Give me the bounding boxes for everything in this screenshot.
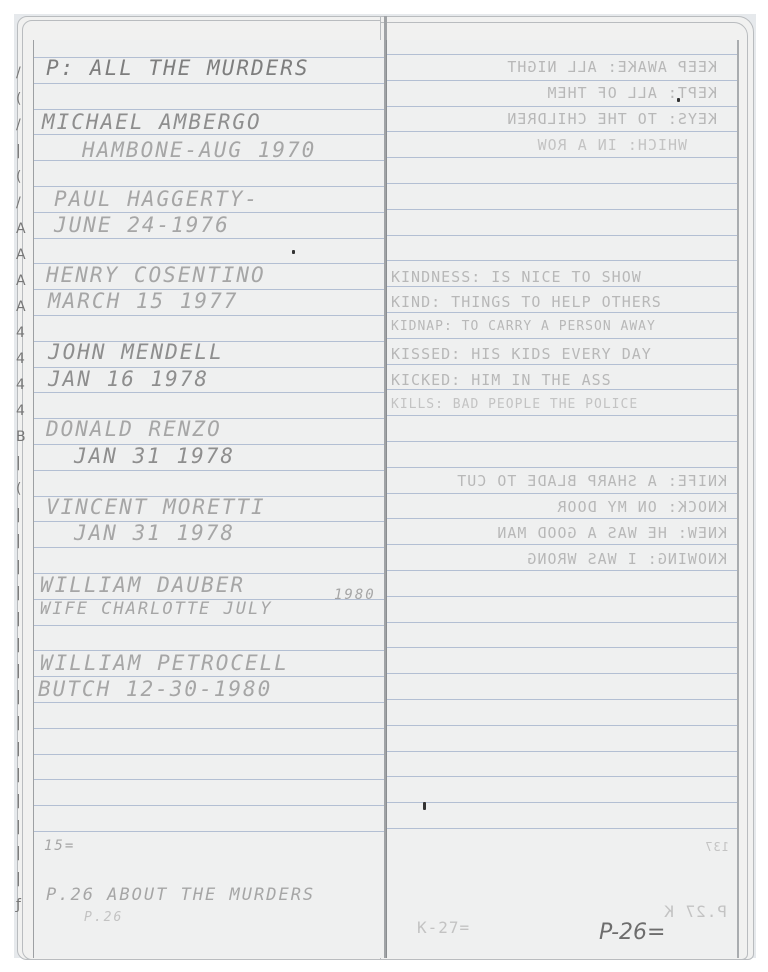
ruled-line xyxy=(387,647,737,648)
entry-name: PAUL HAGGERTY- xyxy=(54,187,259,211)
ruled-line xyxy=(387,802,737,803)
ruled-line xyxy=(387,389,737,390)
bleed-line: KNOWING: I WAS WRONG xyxy=(417,550,727,568)
ruled-line xyxy=(387,415,737,416)
bottom-mark: 15= xyxy=(44,838,75,854)
ruled-line xyxy=(34,547,385,548)
left-margin-marks: /(/|(/AAAA4444B|(|||||||||||||||ƒ xyxy=(16,60,30,910)
entry-name: HENRY COSENTINO xyxy=(46,263,266,287)
vocab-line: KINDNESS: IS NICE TO SHOW xyxy=(391,268,642,286)
vocab-line: KICKED: HIM IN THE ASS xyxy=(391,371,612,389)
ruled-line xyxy=(387,570,737,571)
pencil-dot xyxy=(292,250,295,254)
bleed-line: WHICH: IN A ROW xyxy=(447,136,687,154)
entry-detail: JUNE 24-1976 xyxy=(54,213,230,237)
ruled-line xyxy=(387,312,737,313)
ruled-line xyxy=(387,209,737,210)
bottom-right-bleed: P.27 K xyxy=(657,902,727,921)
ruled-line xyxy=(387,467,737,468)
ruled-line xyxy=(387,622,737,623)
entry-detail: WIFE CHARLOTTE JULY xyxy=(40,599,272,619)
ruled-line xyxy=(387,183,737,184)
ruled-line xyxy=(387,725,737,726)
entry-name: WILLIAM PETROCELL xyxy=(40,651,289,675)
ruled-line xyxy=(387,699,737,700)
ruled-line xyxy=(387,338,737,339)
bleed-line: KEEP AWAKE: ALL NIGHT xyxy=(427,58,717,76)
bleed-line: KNIFE: A SHARP BLADE TO CUT xyxy=(417,472,727,490)
ruled-line xyxy=(387,157,737,158)
ruled-line xyxy=(387,776,737,777)
ruled-line xyxy=(34,134,385,135)
entry-name: MICHAEL AMBERGO xyxy=(42,110,262,134)
ruled-line xyxy=(34,83,385,84)
ruled-line xyxy=(387,544,737,545)
page-title: P: ALL THE MURDERS xyxy=(46,56,310,80)
ruled-line xyxy=(34,779,385,780)
ruled-line xyxy=(387,106,737,107)
ruled-line xyxy=(34,625,385,626)
ruled-line xyxy=(387,751,737,752)
ruled-line xyxy=(387,80,737,81)
vocab-line: KIND: THINGS TO HELP OTHERS xyxy=(391,293,662,311)
ruled-line xyxy=(34,470,385,471)
ruled-line xyxy=(34,392,385,393)
ruled-line xyxy=(34,702,385,703)
right-page: KEEP AWAKE: ALL NIGHT KEPT: ALL OF THEM … xyxy=(386,40,739,958)
ruled-line xyxy=(387,260,737,261)
entry-detail: JAN 16 1978 xyxy=(48,367,209,391)
bottom-left-mark: K-27= xyxy=(417,918,470,937)
ruled-line xyxy=(387,596,737,597)
ruled-line xyxy=(34,831,385,832)
entry-name: VINCENT MORETTI xyxy=(46,495,266,519)
entry-detail: JAN 31 1978 xyxy=(74,521,235,545)
corner-mark: 137 xyxy=(699,840,729,854)
ruled-line xyxy=(387,673,737,674)
entry-name: WILLIAM DAUBER xyxy=(40,573,245,597)
ruled-line xyxy=(34,728,385,729)
entry-detail: HAMBONE-AUG 1970 xyxy=(82,138,316,162)
ruled-line xyxy=(34,805,385,806)
entry-detail: MARCH 15 1977 xyxy=(48,289,238,313)
ruled-line xyxy=(387,828,737,829)
ruled-line xyxy=(387,54,737,55)
bleed-line: KNOCK: ON MY DOOR xyxy=(497,498,727,516)
ruled-line xyxy=(34,754,385,755)
entry-detail: JAN 31 1978 xyxy=(74,444,235,468)
entry-note: 1980 xyxy=(334,587,376,603)
bleed-line: KEPT: ALL OF THEM xyxy=(517,84,717,102)
ruled-line xyxy=(387,441,737,442)
bleed-line: KNEW: HE WAS A GOOD MAN xyxy=(427,524,727,542)
ruled-line xyxy=(387,131,737,132)
vocab-line: KIDNAP: TO CARRY A PERSON AWAY xyxy=(391,319,656,334)
entry-detail: BUTCH 12-30-1980 xyxy=(38,677,272,701)
ruled-line xyxy=(387,518,737,519)
vocab-line: KILLS: BAD PEOPLE THE POLICE xyxy=(391,397,638,412)
left-page: P: ALL THE MURDERS MICHAEL AMBERGO HAMBO… xyxy=(33,40,386,958)
footer-sub: P.26 xyxy=(84,910,123,925)
ruled-line xyxy=(387,493,737,494)
pencil-dot xyxy=(677,98,680,102)
entry-name: JOHN MENDELL xyxy=(48,340,224,364)
pencil-dot xyxy=(423,802,426,810)
ruled-line xyxy=(34,315,385,316)
footer-note: P.26 ABOUT THE MURDERS xyxy=(46,885,315,905)
ruled-line xyxy=(387,286,737,287)
ruled-line xyxy=(387,364,737,365)
entry-name: DONALD RENZO xyxy=(46,417,222,441)
vocab-line: KISSED: HIS KIDS EVERY DAY xyxy=(391,345,652,363)
ruled-line xyxy=(387,235,737,236)
bleed-line: KEYS: TO THE CHILDREN xyxy=(407,110,717,128)
page-number: P-26= xyxy=(599,920,665,945)
ruled-line xyxy=(34,238,385,239)
